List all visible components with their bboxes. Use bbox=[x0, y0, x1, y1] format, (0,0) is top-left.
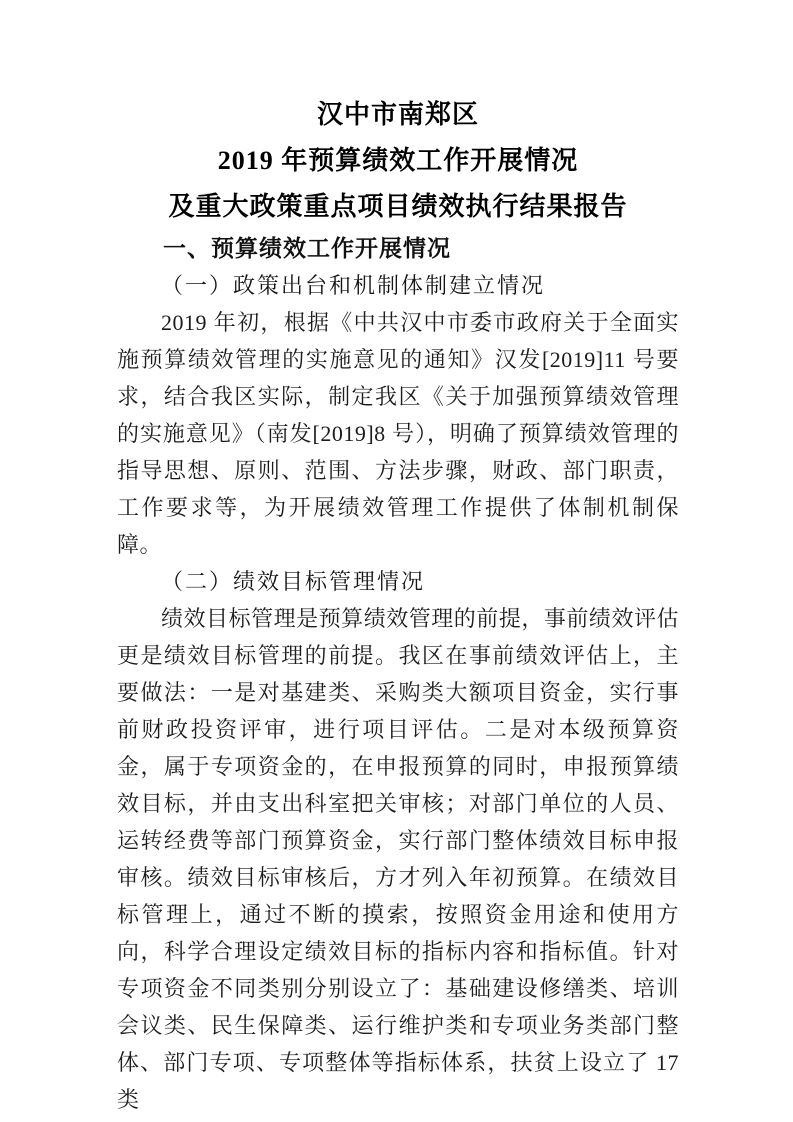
document-title: 汉中市南郑区2019 年预算绩效工作开展情况及重大政策重点项目绩效执行结果报告 bbox=[117, 92, 679, 230]
section-heading-level-2: （二）绩效目标管理情况 bbox=[117, 563, 679, 600]
section-heading-level-1: 一、预算绩效工作开展情况 bbox=[117, 230, 679, 267]
report-content: 汉中市南郑区2019 年预算绩效工作开展情况及重大政策重点项目绩效执行结果报告 … bbox=[117, 92, 679, 1118]
report-page: 汉中市南郑区2019 年预算绩效工作开展情况及重大政策重点项目绩效执行结果报告 … bbox=[0, 0, 793, 1122]
body-paragraph: 2019 年初，根据《中共汉中市委市政府关于全面实施预算绩效管理的实施意见的通知… bbox=[117, 304, 679, 563]
section-heading-level-2: （一）政策出台和机制体制建立情况 bbox=[117, 267, 679, 304]
document-body: 一、预算绩效工作开展情况（一）政策出台和机制体制建立情况2019 年初，根据《中… bbox=[117, 230, 679, 1118]
body-paragraph: 绩效目标管理是预算绩效管理的前提，事前绩效评估更是绩效目标管理的前提。我区在事前… bbox=[117, 600, 679, 1118]
title-line: 及重大政策重点项目绩效执行结果报告 bbox=[117, 184, 679, 230]
title-line: 汉中市南郑区 bbox=[117, 92, 679, 138]
title-line: 2019 年预算绩效工作开展情况 bbox=[117, 138, 679, 184]
